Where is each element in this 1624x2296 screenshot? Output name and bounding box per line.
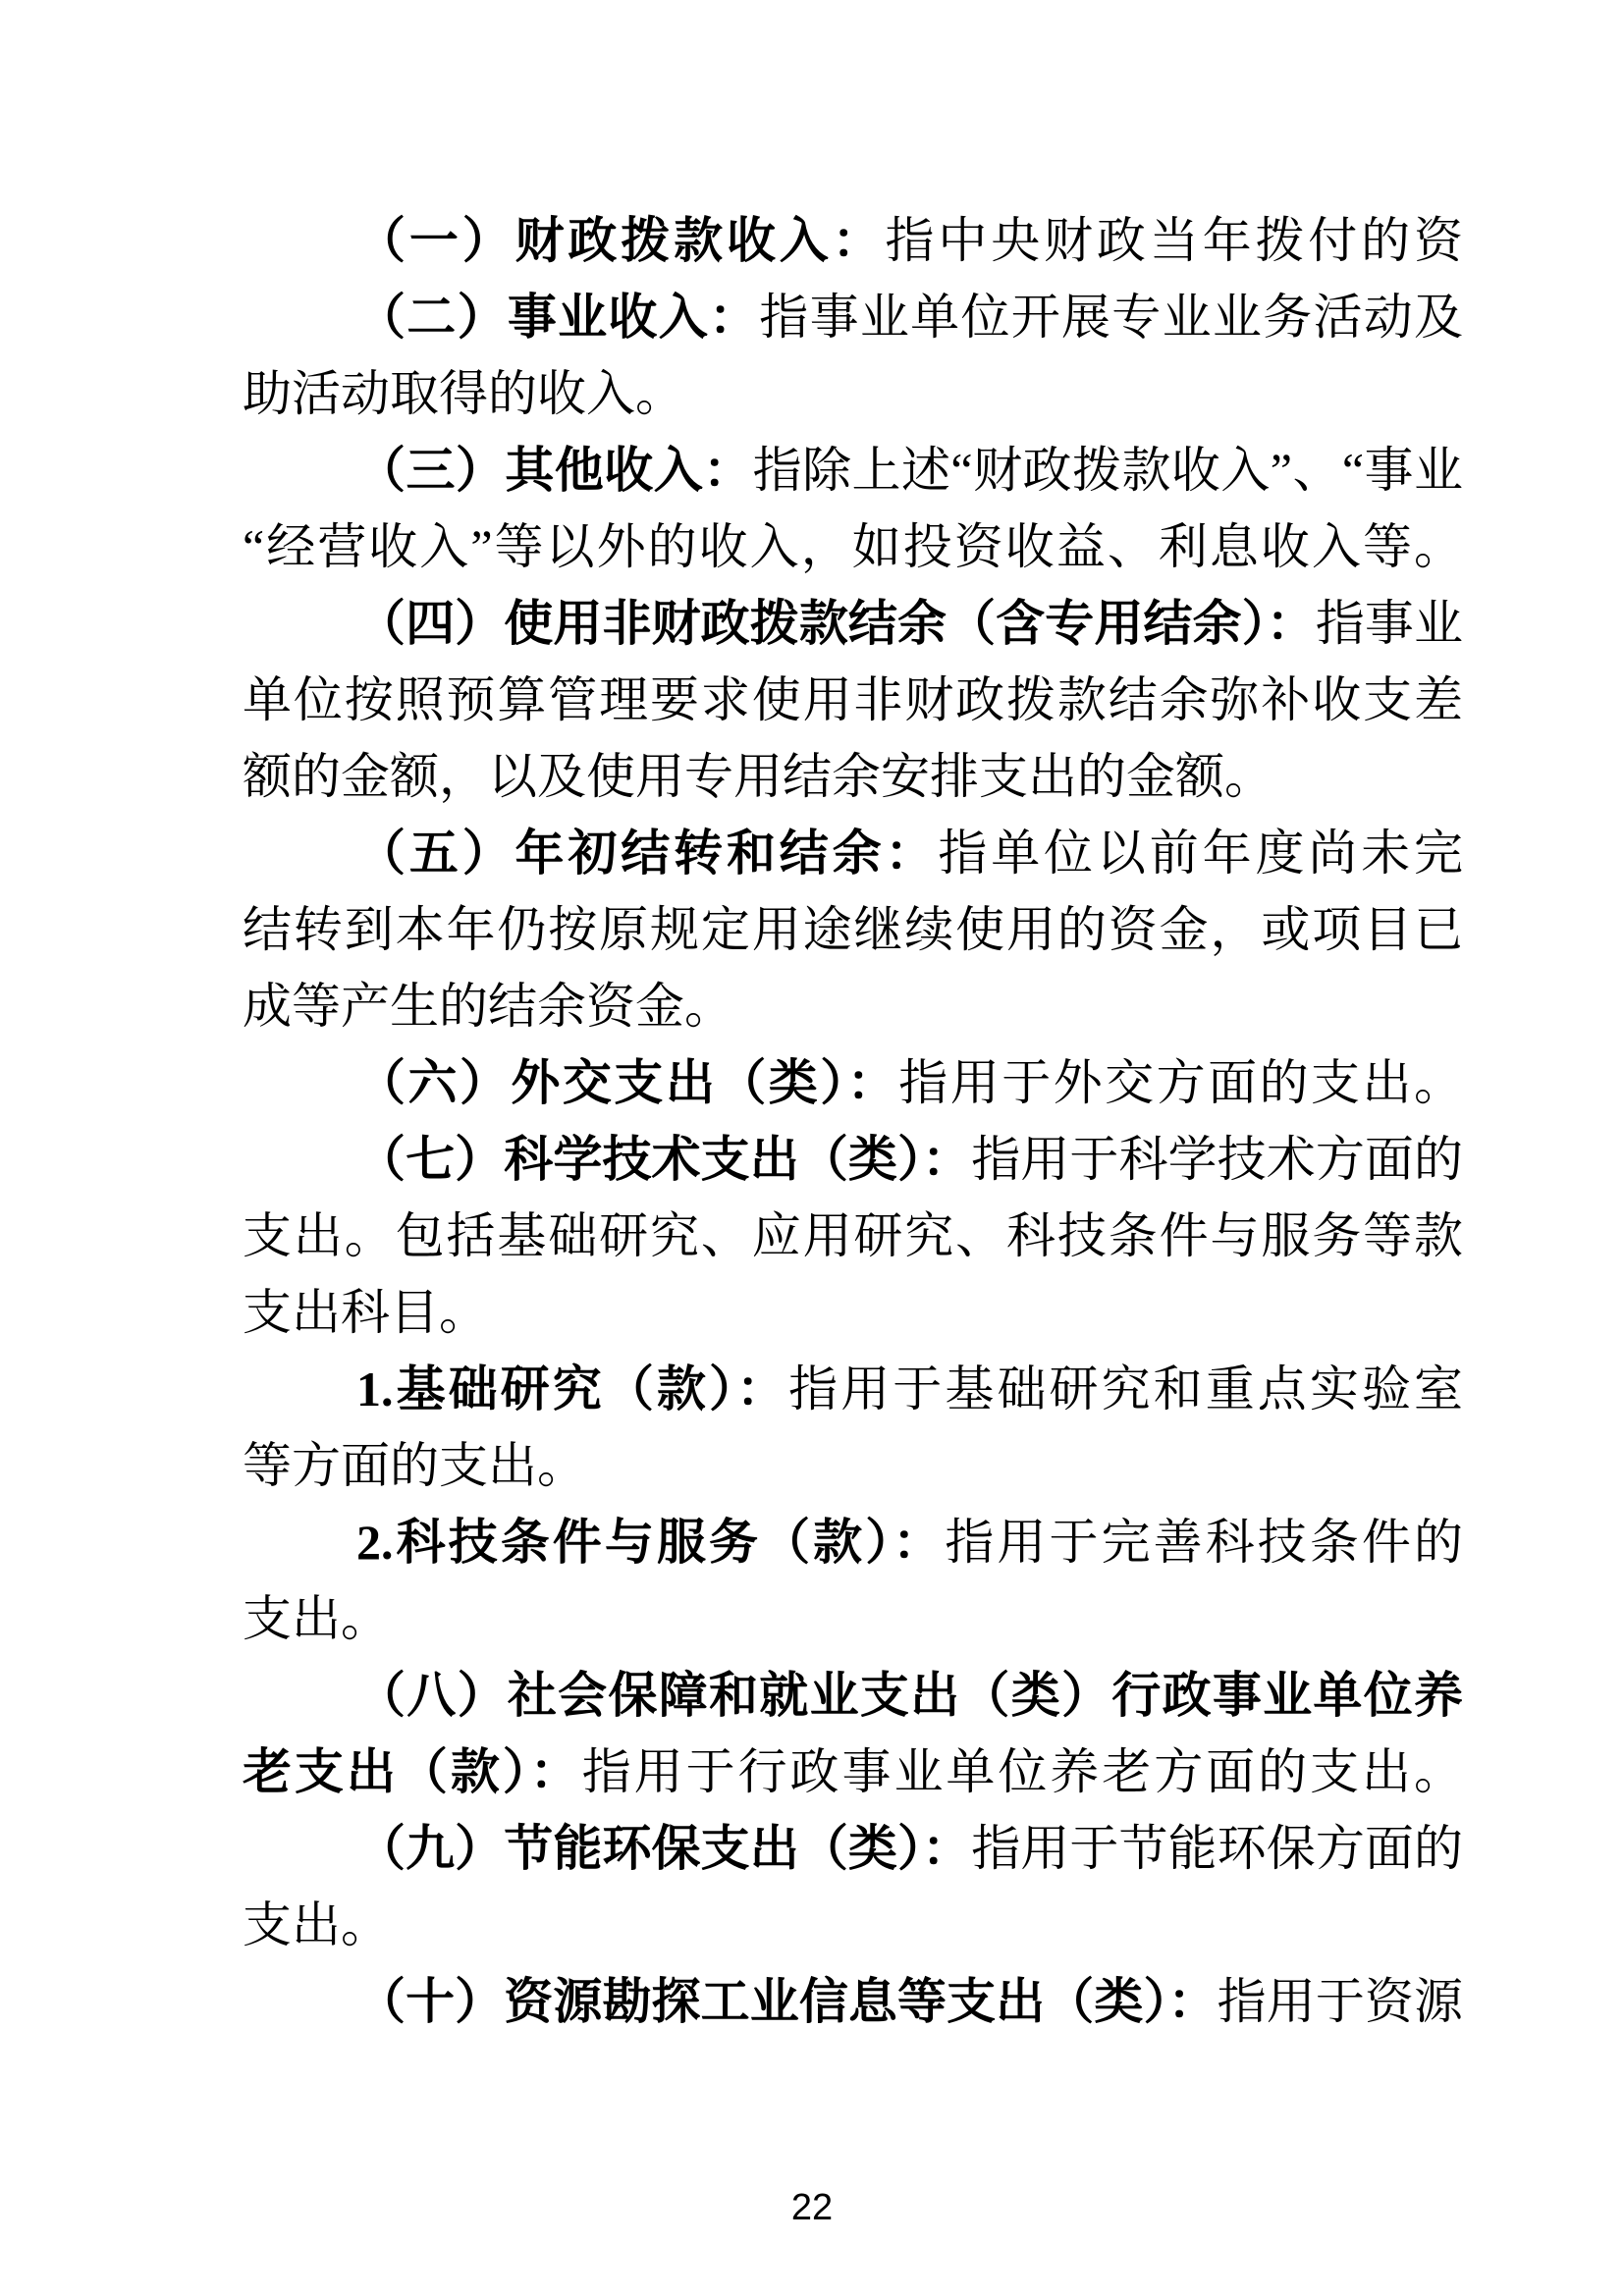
text-line: 老支出（款）：指用于行政事业单位养老方面的支出。 [243, 1734, 1463, 1810]
paragraph-body-segment: 成等产生的结余资金。 [243, 979, 733, 1034]
paragraph-body-segment: 指用于节能环保方面的 [971, 1821, 1463, 1876]
text-line: （七）科学技术支出（类）：指用于科学技术方面的 [243, 1121, 1463, 1198]
paragraph-heading-segment: （五）年初结转和结余： [356, 826, 938, 881]
paragraph-heading-segment: 2.科技条件与服务（款）： [356, 1515, 945, 1570]
paragraph-heading-segment: （三）其他收入： [356, 443, 753, 498]
paragraph-heading-segment: （七）科学技术支出（类）： [356, 1132, 971, 1187]
text-line: （九）节能环保支出（类）：指用于节能环保方面的 [243, 1810, 1463, 1887]
text-line: （一）财政拨款收入：指中央财政当年拨付的资金。 [243, 202, 1463, 279]
paragraph-body-segment: 指用于行政事业单位养老方面的支出。 [582, 1744, 1463, 1799]
paragraph-heading-segment: 老支出（款）： [243, 1744, 582, 1799]
text-lines: （一）财政拨款收入：指中央财政当年拨付的资金。（二）事业收入：指事业单位开展专业… [243, 202, 1463, 2040]
text-line: （十）资源勘探工业信息等支出（类）：指用于资源 [243, 1963, 1463, 2040]
text-line: 等方面的支出。 [243, 1427, 1463, 1504]
text-line: 1.基础研究（款）：指用于基础研究和重点实验室 [243, 1351, 1463, 1427]
text-line: （四）使用非财政拨款结余（含专用结余）：指事业 [243, 585, 1463, 662]
paragraph-heading-segment: （九）节能环保支出（类）： [356, 1821, 971, 1876]
paragraph-heading-segment: （四）使用非财政拨款结余（含专用结余）： [356, 596, 1316, 651]
text-line: 支出。包括基础研究、应用研究、科技条件与服务等款级 [243, 1198, 1463, 1274]
text-line: 支出。 [243, 1887, 1463, 1963]
paragraph-body-segment: 指事业 [1316, 596, 1463, 651]
text-line: 支出。 [243, 1580, 1463, 1657]
paragraph-body-segment: 等方面的支出。 [243, 1438, 586, 1493]
text-line: “经营收入”等以外的收入，如投资收益、利息收入等。 [243, 508, 1463, 585]
text-line: 额的金额，以及使用专用结余安排支出的金额。 [243, 738, 1463, 815]
document-page: （一）财政拨款收入：指中央财政当年拨付的资金。（二）事业收入：指事业单位开展专业… [0, 0, 1624, 2296]
text-line: 支出科目。 [243, 1274, 1463, 1351]
paragraph-heading-segment: 1.基础研究（款）： [356, 1362, 788, 1416]
text-line: （五）年初结转和结余：指单位以前年度尚未完成、 [243, 815, 1463, 891]
paragraph-body-segment: 指用于资源 [1218, 1974, 1463, 2029]
paragraph-heading-segment: （二）事业收入： [356, 290, 759, 345]
text-line: 单位按照预算管理要求使用非财政拨款结余弥补收支差 [243, 662, 1463, 738]
page-number: 22 [0, 2187, 1624, 2228]
paragraph-body-segment: 支出。 [243, 1591, 390, 1646]
text-line: 2.科技条件与服务（款）：指用于完善科技条件的 [243, 1504, 1463, 1580]
paragraph-heading-segment: （六）外交支出（类）： [356, 1055, 898, 1110]
paragraph-body-segment: 支出。包括基础研究、应用研究、科技条件与服务等款级 [243, 1208, 1463, 1274]
paragraph-heading-segment: （十）资源勘探工业信息等支出（类）： [356, 1974, 1218, 2029]
paragraph-body-segment: 指用于完善科技条件的 [945, 1515, 1463, 1570]
paragraph-heading-segment: （一）财政拨款收入： [356, 213, 886, 268]
paragraph-body-segment: 支出科目。 [243, 1285, 488, 1340]
paragraph-body-segment: 额的金额，以及使用专用结余安排支出的金额。 [243, 749, 1273, 804]
paragraph-body-segment: “经营收入”等以外的收入，如投资收益、利息收入等。 [243, 519, 1463, 574]
text-line: （八）社会保障和就业支出（类）行政事业单位养 [243, 1657, 1463, 1734]
paragraph-heading-segment: （八）社会保障和就业支出（类）行政事业单位养 [356, 1668, 1463, 1723]
paragraph-body-segment: 结转到本年仍按原规定用途继续使用的资金，或项目已完 [243, 902, 1463, 968]
paragraph-body-segment: 指用于科学技术方面的 [971, 1132, 1463, 1187]
text-line: （三）其他收入：指除上述“财政拨款收入”、“事业收入”、 [243, 432, 1463, 508]
text-line: 成等产生的结余资金。 [243, 968, 1463, 1044]
paragraph-body-segment: 助活动取得的收入。 [243, 366, 684, 421]
text-line: 助活动取得的收入。 [243, 355, 1463, 432]
text-line: （二）事业收入：指事业单位开展专业业务活动及辅 [243, 279, 1463, 355]
paragraph-body-segment: 指用于外交方面的支出。 [898, 1055, 1463, 1110]
paragraph-body-segment: 指用于基础研究和重点实验室 [788, 1362, 1463, 1416]
paragraph-body-segment: 单位按照预算管理要求使用非财政拨款结余弥补收支差 [243, 672, 1463, 727]
text-line: （六）外交支出（类）：指用于外交方面的支出。 [243, 1044, 1463, 1121]
text-line: 结转到本年仍按原规定用途继续使用的资金，或项目已完 [243, 891, 1463, 968]
paragraph-body-segment: 支出。 [243, 1897, 390, 1952]
